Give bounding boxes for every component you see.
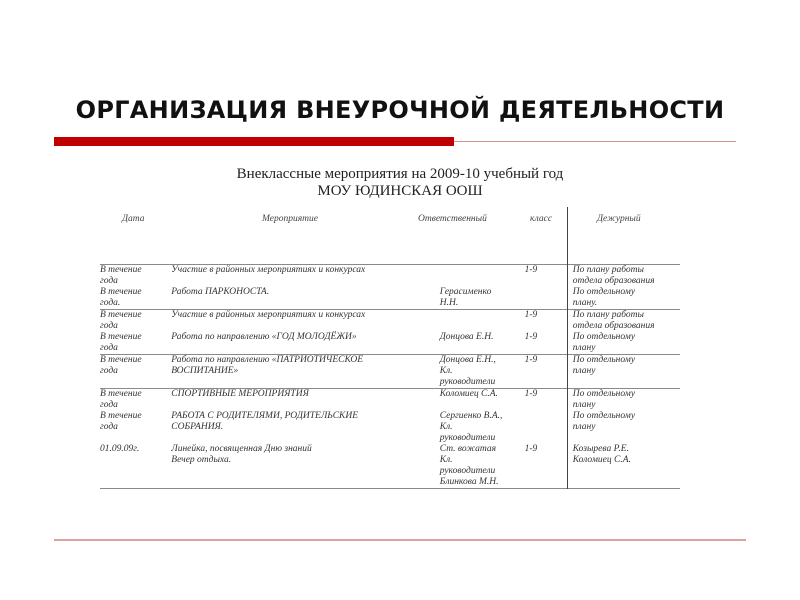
- title-underline-thin: [454, 141, 736, 142]
- table-row: 01.09.09г.Линейка, посвященная Дню знани…: [100, 444, 680, 488]
- cell-class: [525, 411, 559, 444]
- cell-responsible: Герасименко Н.Н.: [430, 287, 525, 309]
- document-heading-line1: Внеклассные мероприятия на 2009-10 учебн…: [90, 166, 710, 183]
- cell-date: В течение года: [100, 411, 168, 444]
- cell-event: РАБОТА С РОДИТЕЛЯМИ, РОДИТЕЛЬСКИЕ СОБРАН…: [168, 411, 429, 444]
- table-row: В течение годаРАБОТА С РОДИТЕЛЯМИ, РОДИТ…: [100, 411, 680, 444]
- table-header: Дата Мероприятие Ответственный класс Деж…: [100, 212, 680, 264]
- cell-event: Линейка, посвященная Дню знаний Вечер от…: [168, 444, 429, 488]
- cell-responsible: [430, 265, 525, 287]
- cell-responsible: Сергиенко В.А., Кл. руководители: [430, 411, 525, 444]
- cell-duty: По отдельному плану: [559, 389, 680, 411]
- table-bottom-border: [100, 488, 680, 489]
- cell-duty: По отдельному плану: [559, 355, 680, 388]
- footer-divider: [54, 539, 746, 541]
- cell-date: В течение года: [100, 355, 168, 388]
- header-event: Мероприятие: [262, 214, 318, 224]
- header-date: Дата: [122, 214, 145, 224]
- cell-date: В течение года: [100, 310, 168, 332]
- cell-date: В течение года.: [100, 287, 168, 309]
- events-table: Дата Мероприятие Ответственный класс Деж…: [100, 212, 680, 489]
- table-row: В течение годаСПОРТИВНЫЕ МЕРОПРИЯТИЯКоло…: [100, 389, 680, 411]
- slide-title: ОРГАНИЗАЦИЯ ВНЕУРОЧНОЙ ДЕЯТЕЛЬНОСТИ: [0, 96, 800, 124]
- cell-class: [525, 287, 559, 309]
- cell-date: 01.09.09г.: [100, 444, 168, 488]
- cell-class: 1-9: [525, 444, 559, 488]
- cell-duty: По плану работы отдела образования: [559, 265, 680, 287]
- cell-responsible: Коломиец С.А.: [430, 389, 525, 411]
- cell-class: 1-9: [525, 389, 559, 411]
- table-row-group: В течение годаУчастие в районных меропри…: [100, 309, 680, 354]
- cell-event: Работа по направлению «ПАТРИОТИЧЕСКОЕ ВО…: [168, 355, 429, 388]
- cell-duty: По отдельному плану: [559, 411, 680, 444]
- table-row-group: В течение годаРабота по направлению «ПАТ…: [100, 354, 680, 388]
- document-heading: Внеклассные мероприятия на 2009-10 учебн…: [90, 166, 710, 200]
- cell-class: 1-9: [525, 265, 559, 287]
- cell-date: В течение года: [100, 389, 168, 411]
- table-row: В течение годаУчастие в районных меропри…: [100, 310, 680, 332]
- cell-event: Участие в районных мероприятиях и конкур…: [168, 265, 429, 287]
- table-row-group: В течение годаУчастие в районных меропри…: [100, 264, 680, 309]
- cell-responsible: [430, 310, 525, 332]
- column-divider: [567, 207, 568, 489]
- document-heading-line2: МОУ ЮДИНСКАЯ ООШ: [90, 183, 710, 200]
- cell-duty: По отдельному плану.: [559, 287, 680, 309]
- cell-class: 1-9: [525, 332, 559, 354]
- cell-event: Работа ПАРКОНОСТА.: [168, 287, 429, 309]
- cell-duty: Козырева Р.Е. Коломиец С.А.: [559, 444, 680, 488]
- table-body: В течение годаУчастие в районных меропри…: [100, 264, 680, 488]
- cell-event: СПОРТИВНЫЕ МЕРОПРИЯТИЯ: [168, 389, 429, 411]
- header-responsible: Ответственный: [418, 214, 487, 224]
- events-table-container: Дата Мероприятие Ответственный класс Деж…: [100, 212, 680, 489]
- cell-event: Участие в районных мероприятиях и конкур…: [168, 310, 429, 332]
- cell-duty: По плану работы отдела образования: [559, 310, 680, 332]
- header-duty: Дежурный: [597, 214, 641, 224]
- cell-responsible: Донцова Е.Н., Кл. руководители: [430, 355, 525, 388]
- title-underline-accent: [54, 137, 454, 146]
- table-row: В течение годаУчастие в районных меропри…: [100, 265, 680, 287]
- table-row: В течение года.Работа ПАРКОНОСТА.Герасим…: [100, 287, 680, 309]
- cell-date: В течение года: [100, 332, 168, 354]
- table-row: В течение годаРабота по направлению «ГОД…: [100, 332, 680, 354]
- cell-event: Работа по направлению «ГОД МОЛОДЁЖИ»: [168, 332, 429, 354]
- cell-responsible: Ст. вожатая Кл. руководители Блинкова М.…: [430, 444, 525, 488]
- cell-duty: По отдельному плану: [559, 332, 680, 354]
- cell-class: 1-9: [525, 355, 559, 388]
- header-class: класс: [530, 214, 552, 224]
- table-row: В течение годаРабота по направлению «ПАТ…: [100, 355, 680, 388]
- cell-responsible: Донцова Е.Н.: [430, 332, 525, 354]
- cell-class: 1-9: [525, 310, 559, 332]
- table-row-group: В течение годаСПОРТИВНЫЕ МЕРОПРИЯТИЯКоло…: [100, 388, 680, 488]
- cell-date: В течение года: [100, 265, 168, 287]
